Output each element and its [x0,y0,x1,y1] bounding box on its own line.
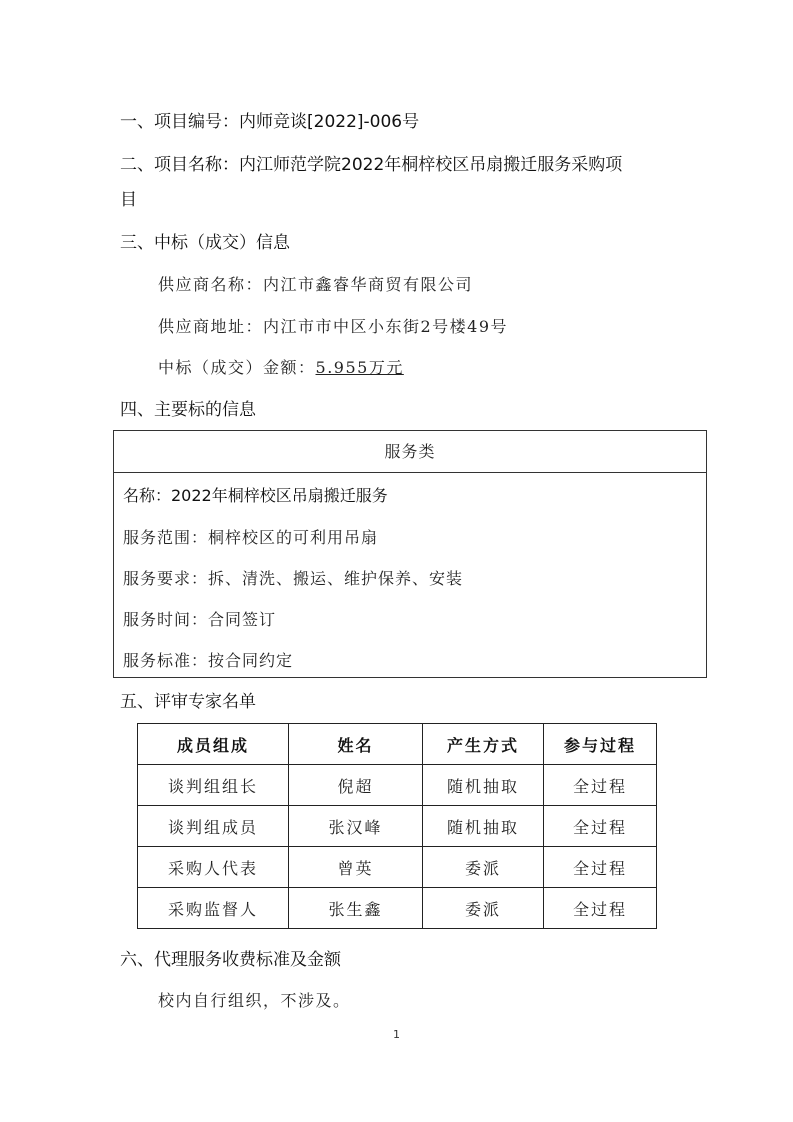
section-project-number: 一、项目编号：内师竞谈[2022]-006号 [120,111,419,133]
cell-role: 谈判组组长 [138,765,289,806]
supplier-name: 供应商名称：内江市鑫睿华商贸有限公司 [158,274,473,296]
cell-process: 全过程 [544,765,657,806]
subject-scope: 服务范围：桐梓校区的可利用吊扇 [123,527,378,549]
cell-name: 曾英 [289,847,423,888]
cell-method: 随机抽取 [423,806,544,847]
cell-process: 全过程 [544,847,657,888]
cell-role: 谈判组成员 [138,806,289,847]
cell-name: 张汉峰 [289,806,423,847]
page-number: 1 [393,1028,400,1041]
column-header: 姓名 [289,724,423,765]
cell-method: 委派 [423,847,544,888]
cell-role: 采购监督人 [138,888,289,929]
subject-standard: 服务标准：按合同约定 [123,650,293,672]
table-row: 采购监督人 张生鑫 委派 全过程 [138,888,657,929]
table-header-row: 成员组成 姓名 产生方式 参与过程 [138,724,657,765]
section-project-name: 二、项目名称：内江师范学院2022年桐梓校区吊扇搬迁服务采购项 [120,154,622,176]
table-row: 谈判组组长 倪超 随机抽取 全过程 [138,765,657,806]
cell-role: 采购人代表 [138,847,289,888]
award-amount-label: 中标（成交）金额： [158,358,316,377]
section-project-name-cont: 目 [120,189,137,211]
cell-method: 随机抽取 [423,765,544,806]
agency-fee-text: 校内自行组织，不涉及。 [158,990,351,1012]
award-amount-value: 5.955万元 [316,358,404,377]
cell-name: 倪超 [289,765,423,806]
table-row: 谈判组成员 张汉峰 随机抽取 全过程 [138,806,657,847]
section-award-info: 三、中标（成交）信息 [120,232,290,254]
column-header: 参与过程 [544,724,657,765]
section-subject-info: 四、主要标的信息 [120,399,256,421]
cell-process: 全过程 [544,888,657,929]
subject-info-box: 服务类 名称：2022年桐梓校区吊扇搬迁服务 服务范围：桐梓校区的可利用吊扇 服… [113,430,707,678]
subject-name: 名称：2022年桐梓校区吊扇搬迁服务 [123,485,388,507]
subject-box-header: 服务类 [114,431,706,473]
cell-name: 张生鑫 [289,888,423,929]
supplier-address: 供应商地址：内江市市中区小东街2号楼49号 [158,316,508,338]
cell-method: 委派 [423,888,544,929]
column-header: 成员组成 [138,724,289,765]
award-amount: 中标（成交）金额：5.955万元 [158,357,404,379]
column-header: 产生方式 [423,724,544,765]
table-row: 采购人代表 曾英 委派 全过程 [138,847,657,888]
section-expert-list: 五、评审专家名单 [120,691,256,713]
expert-table: 成员组成 姓名 产生方式 参与过程 谈判组组长 倪超 随机抽取 全过程 谈判组成… [137,723,657,929]
cell-process: 全过程 [544,806,657,847]
section-agency-fee: 六、代理服务收费标准及金额 [120,949,341,971]
subject-requirements: 服务要求：拆、清洗、搬运、维护保养、安装 [123,568,463,590]
subject-time: 服务时间：合同签订 [123,609,276,631]
